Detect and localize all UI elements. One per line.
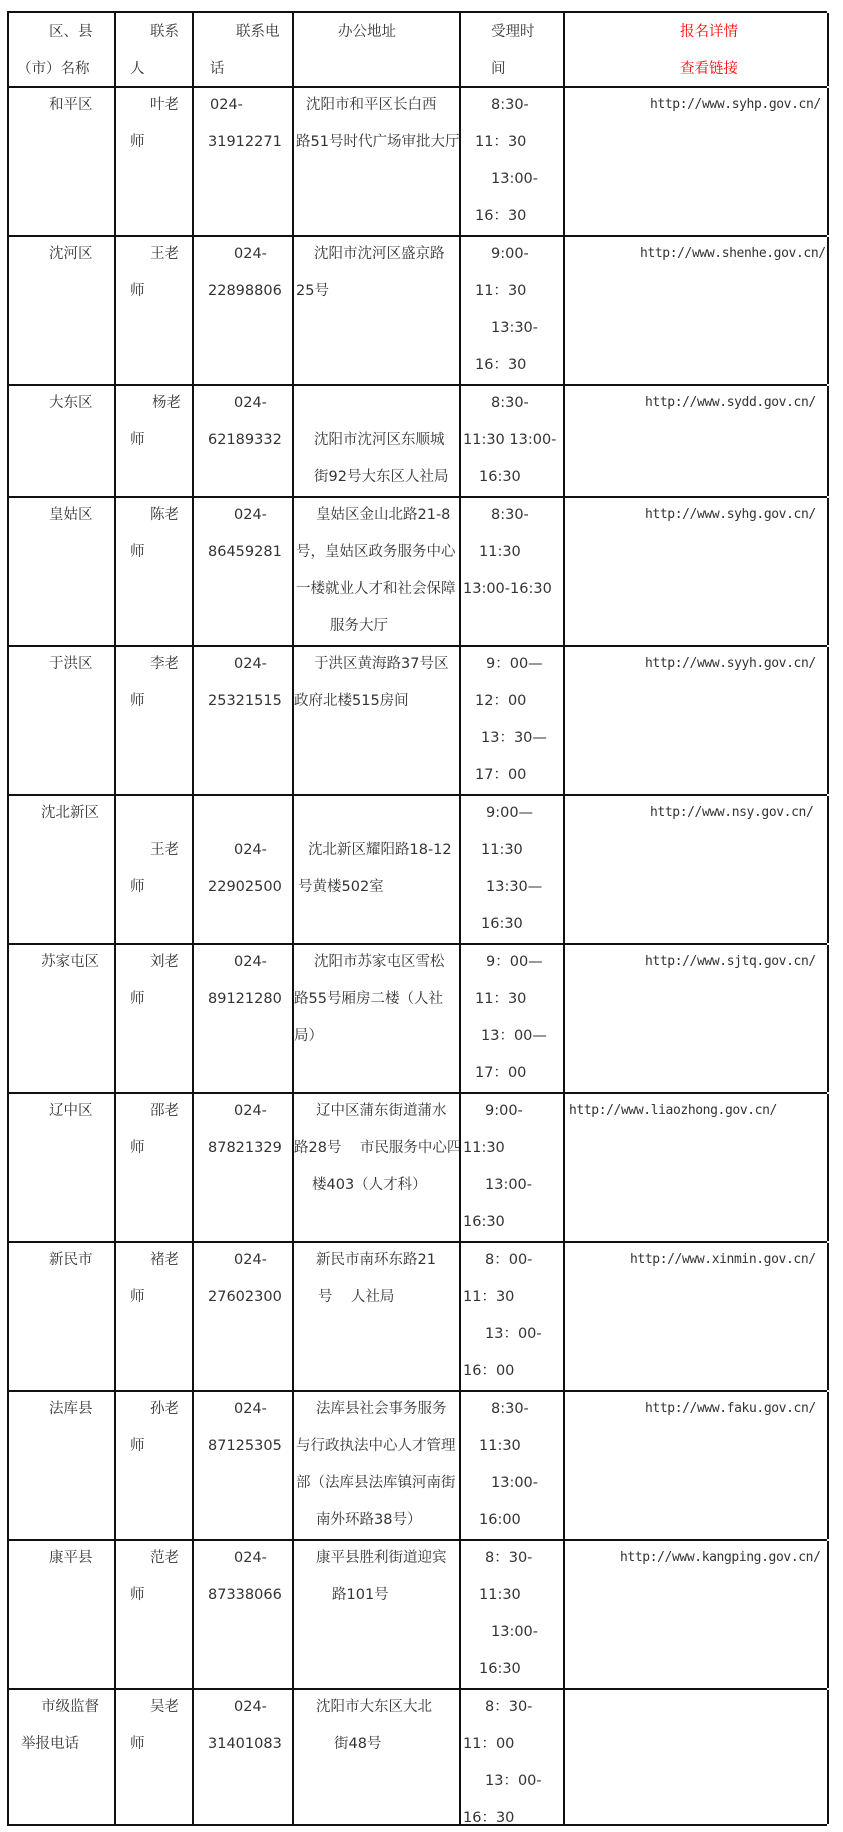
- link-cell: http://www.syyh.gov.cn/: [563, 647, 829, 794]
- hours-text: 9：00—: [486, 655, 543, 673]
- contact-text: 范老: [150, 1549, 179, 1567]
- contact-text: 师: [130, 990, 145, 1008]
- district-cell: 沈北新区: [7, 796, 114, 943]
- address-text: 辽中区蒲东街道蒲水: [316, 1102, 447, 1120]
- contact-text: 师: [130, 1288, 145, 1306]
- hours-text: 16：00: [463, 1362, 514, 1380]
- hours-text: 12：00: [475, 692, 526, 710]
- contact-cell: 刘老师: [114, 945, 192, 1092]
- table-row: 新民市褚老师024-27602300新民市南环东路21号 人社局8：00-11：…: [7, 1241, 827, 1390]
- contact-text: 邵老: [150, 1102, 179, 1120]
- district-cell: 法库县: [7, 1392, 114, 1539]
- district-cell: 市级监督举报电话: [7, 1690, 114, 1824]
- district-text: 康平县: [49, 1549, 93, 1567]
- phone-cell: 024-22902500: [192, 796, 292, 943]
- column-header-district-text: 区、县: [49, 23, 93, 41]
- address-cell: 沈阳市苏家屯区雪松路55号厢房二楼（人社局）: [292, 945, 459, 1092]
- link-cell: http://www.sjtq.gov.cn/: [563, 945, 829, 1092]
- contact-cell: 邵老师: [114, 1094, 192, 1241]
- header-district-cell: 区、县（市）名称: [7, 13, 114, 86]
- district-text: 法库县: [49, 1400, 93, 1418]
- phone-text: 024-: [234, 655, 267, 673]
- header-link-cell: 报名详情查看链接: [563, 13, 829, 86]
- district-text: 于洪区: [49, 655, 93, 673]
- phone-text: 024-: [234, 1102, 267, 1120]
- registration-link[interactable]: http://www.sjtq.gov.cn/: [645, 953, 816, 971]
- column-header-link-text: 报名详情: [680, 23, 738, 41]
- address-text: 沈阳市沈河区盛京路: [314, 245, 445, 263]
- district-cell: 皇姑区: [7, 498, 114, 645]
- phone-text: 024-: [234, 1400, 267, 1418]
- district-text: 苏家屯区: [41, 953, 99, 971]
- header-contact-cell: 联系人: [114, 13, 192, 86]
- address-cell: 于洪区黄海路37号区政府北楼515房间: [292, 647, 459, 794]
- hours-cell: 9:00-11:3013:00-16:30: [459, 1094, 563, 1241]
- registration-link[interactable]: http://www.liaozhong.gov.cn/: [569, 1102, 777, 1120]
- hours-text: 16:30: [479, 468, 521, 486]
- table-row: 辽中区邵老师024-87821329辽中区蒲东街道蒲水路28号 市民服务中心四楼…: [7, 1092, 827, 1241]
- district-cell: 大东区: [7, 386, 114, 496]
- phone-text: 22898806: [208, 282, 282, 300]
- hours-text: 8:30-: [491, 506, 529, 524]
- hours-text: 16:30: [463, 1213, 505, 1231]
- table-row: 法库县孙老师024-87125305法库县社会事务服务与行政执法中心人才管理部（…: [7, 1390, 827, 1539]
- address-cell: 沈阳市沈河区盛京路25号: [292, 237, 459, 384]
- address-text: 新民市南环东路21: [316, 1251, 436, 1269]
- phone-text: 024-: [234, 506, 267, 524]
- phone-cell: 024-22898806: [192, 237, 292, 384]
- address-text: 皇姑区金山北路21-8: [316, 506, 450, 524]
- table-row: 大东区杨老师024-62189332沈阳市沈河区东顺城街92号大东区人社局8:3…: [7, 384, 827, 496]
- contact-text: 陈老: [150, 506, 179, 524]
- hours-text: 13：00—: [481, 1027, 547, 1045]
- link-cell: [563, 1690, 829, 1824]
- district-text: 市级监督: [41, 1698, 99, 1716]
- hours-text: 13：00-: [485, 1772, 542, 1790]
- phone-text: 86459281: [208, 543, 282, 561]
- address-text: 与行政执法中心人才管理: [296, 1437, 456, 1455]
- address-text: 号，皇姑区政务服务中心: [296, 543, 456, 561]
- registration-link[interactable]: http://www.syhp.gov.cn/: [650, 96, 821, 114]
- district-cell: 苏家屯区: [7, 945, 114, 1092]
- contact-cell: 李老师: [114, 647, 192, 794]
- column-header-phone-text: 联系电: [236, 23, 280, 41]
- phone-text: 31912271: [208, 133, 282, 151]
- address-text: 一楼就业人才和社会保障: [296, 580, 456, 598]
- link-cell: http://www.xinmin.gov.cn/: [563, 1243, 829, 1390]
- address-text: 康平县胜利街道迎宾: [316, 1549, 447, 1567]
- contact-text: 吴老: [150, 1698, 179, 1716]
- address-text: 沈阳市沈河区东顺城: [314, 431, 445, 449]
- address-text: 沈阳市大东区大北: [316, 1698, 432, 1716]
- contact-cell: 范老师: [114, 1541, 192, 1688]
- hours-cell: 9:00—11:3013:30—16:30: [459, 796, 563, 943]
- phone-cell: 024-89121280: [192, 945, 292, 1092]
- hours-cell: 8：00-11：3013：00-16：00: [459, 1243, 563, 1390]
- hours-text: 11:30: [479, 543, 521, 561]
- hours-cell: 8：30-11：0013：00-16：30: [459, 1690, 563, 1824]
- hours-text: 17：00: [475, 766, 526, 784]
- phone-cell: 024-31912271: [192, 88, 292, 235]
- table-row: 沈北新区王老师024-22902500沈北新区耀阳路18-12号黄楼502室9:…: [7, 794, 827, 943]
- phone-text: 024-: [234, 953, 267, 971]
- table-row: 于洪区李老师024-25321515于洪区黄海路37号区政府北楼515房间9：0…: [7, 645, 827, 794]
- phone-text: 27602300: [208, 1288, 282, 1306]
- hours-text: 8:30-: [491, 1400, 529, 1418]
- address-cell: 辽中区蒲东街道蒲水路28号 市民服务中心四楼403（人才科）: [292, 1094, 459, 1241]
- header-hours-cell: 受理时间: [459, 13, 563, 86]
- contact-cell: 孙老师: [114, 1392, 192, 1539]
- hours-text: 17：00: [475, 1064, 526, 1082]
- table-row: 皇姑区陈老师024-86459281皇姑区金山北路21-8号，皇姑区政务服务中心…: [7, 496, 827, 645]
- district-text: 新民市: [49, 1251, 93, 1269]
- phone-text: 87821329: [208, 1139, 282, 1157]
- district-cell: 和平区: [7, 88, 114, 235]
- address-text: 号黄楼502室: [298, 878, 384, 896]
- address-text: 街92号大东区人社局: [314, 468, 448, 486]
- hours-text: 13:00-: [491, 1474, 538, 1492]
- phone-cell: 024-86459281: [192, 498, 292, 645]
- hours-text: 9：00—: [486, 953, 543, 971]
- hours-text: 16：30: [475, 356, 526, 374]
- contact-text: 褚老: [150, 1251, 179, 1269]
- address-text: 法库县社会事务服务: [316, 1400, 447, 1418]
- phone-text: 31401083: [208, 1735, 282, 1753]
- link-cell: http://www.liaozhong.gov.cn/: [563, 1094, 829, 1241]
- hours-text: 13：30—: [481, 729, 547, 747]
- hours-text: 11：30: [475, 133, 526, 151]
- phone-cell: 024-87125305: [192, 1392, 292, 1539]
- address-text: 路101号: [332, 1586, 389, 1604]
- hours-text: 11:30: [479, 1437, 521, 1455]
- hours-text: 9:00-: [485, 1102, 523, 1120]
- phone-cell: 024-27602300: [192, 1243, 292, 1390]
- hours-text: 16：30: [475, 207, 526, 225]
- address-text: 路28号 市民服务中心四: [294, 1139, 461, 1157]
- contact-text: 李老: [150, 655, 179, 673]
- contact-text: 师: [130, 692, 145, 710]
- phone-text: 25321515: [208, 692, 282, 710]
- district-text: 大东区: [49, 394, 93, 412]
- hours-text: 11：00: [463, 1735, 514, 1753]
- phone-cell: 024-62189332: [192, 386, 292, 496]
- contact-text: 师: [130, 133, 145, 151]
- address-cell: 沈阳市和平区长白西路51号时代广场审批大厅: [292, 88, 459, 235]
- phone-cell: 024-87821329: [192, 1094, 292, 1241]
- contact-text: 师: [130, 1586, 145, 1604]
- registration-link[interactable]: http://www.sydd.gov.cn/: [645, 394, 816, 412]
- hours-cell: 8:30-11:3013:00-16:00: [459, 1392, 563, 1539]
- contact-cell: 王老师: [114, 237, 192, 384]
- hours-text: 13:00-: [491, 170, 538, 188]
- address-cell: 皇姑区金山北路21-8号，皇姑区政务服务中心一楼就业人才和社会保障服务大厅: [292, 498, 459, 645]
- contact-text: 师: [130, 1437, 145, 1455]
- column-header-hours-text: 受理时: [491, 23, 535, 41]
- address-text: 号 人社局: [318, 1288, 394, 1306]
- phone-text: 024-: [234, 1698, 267, 1716]
- contact-text: 王老: [150, 245, 179, 263]
- link-cell: http://www.faku.gov.cn/: [563, 1392, 829, 1539]
- address-text: 路51号时代广场审批大厅: [296, 133, 459, 151]
- contact-text: 师: [130, 282, 145, 300]
- contact-cell: 陈老师: [114, 498, 192, 645]
- table-row: 市级监督举报电话吴老师024-31401083沈阳市大东区大北街48号8：30-…: [7, 1688, 827, 1826]
- contact-text: 师: [130, 431, 145, 449]
- district-text: 皇姑区: [49, 506, 93, 524]
- hours-text: 13：00-: [485, 1325, 542, 1343]
- phone-cell: 024-31401083: [192, 1690, 292, 1824]
- hours-text: 16:30: [479, 1660, 521, 1678]
- hours-text: 16:00: [479, 1511, 521, 1529]
- table-row: 苏家屯区刘老师024-89121280沈阳市苏家屯区雪松路55号厢房二楼（人社局…: [7, 943, 827, 1092]
- hours-text: 9:00-: [491, 245, 529, 263]
- column-header-district-text: （市）名称: [17, 60, 90, 78]
- contact-text: 师: [130, 1139, 145, 1157]
- link-cell: http://www.syhg.gov.cn/: [563, 498, 829, 645]
- address-cell: 新民市南环东路21号 人社局: [292, 1243, 459, 1390]
- phone-text: 87338066: [208, 1586, 282, 1604]
- hours-text: 11:30: [463, 1139, 505, 1157]
- address-text: 25号: [296, 282, 329, 300]
- registration-link[interactable]: http://www.faku.gov.cn/: [645, 1400, 816, 1418]
- phone-text: 024-: [234, 394, 267, 412]
- hours-text: 16:30: [481, 915, 523, 933]
- phone-text: 024-: [234, 1251, 267, 1269]
- contact-cell: 杨老师: [114, 386, 192, 496]
- link-cell: http://www.nsy.gov.cn/: [563, 796, 829, 943]
- address-cell: 沈阳市大东区大北街48号: [292, 1690, 459, 1824]
- district-cell: 新民市: [7, 1243, 114, 1390]
- hours-text: 13:30-: [491, 319, 538, 337]
- contact-text: 叶老: [150, 96, 179, 114]
- header-row: 区、县（市）名称联系人联系电话办公地址受理时间报名详情查看链接: [7, 11, 827, 86]
- contact-text: 孙老: [150, 1400, 179, 1418]
- contact-cell: 叶老师: [114, 88, 192, 235]
- address-text: 沈北新区耀阳路18-12: [308, 841, 452, 859]
- header-address-cell: 办公地址: [292, 13, 459, 86]
- table-row: 沈河区王老师024-22898806沈阳市沈河区盛京路25号9:00-11：30…: [7, 235, 827, 384]
- link-cell: http://www.syhp.gov.cn/: [563, 88, 829, 235]
- district-text: 沈北新区: [41, 804, 99, 822]
- address-text: 街48号: [334, 1735, 381, 1753]
- hours-text: 8：00-: [485, 1251, 532, 1269]
- phone-text: 62189332: [208, 431, 282, 449]
- district-text: 和平区: [49, 96, 93, 114]
- hours-text: 11：30: [463, 1288, 514, 1306]
- hours-cell: 8：30-11:3013:00-16:30: [459, 1541, 563, 1688]
- address-text: 服务大厅: [330, 617, 388, 635]
- registration-link[interactable]: http://www.shenhe.gov.cn/: [640, 245, 826, 263]
- address-cell: 沈阳市沈河区东顺城街92号大东区人社局: [292, 386, 459, 496]
- contact-text: 杨老: [152, 394, 181, 412]
- registration-link[interactable]: http://www.syyh.gov.cn/: [645, 655, 816, 673]
- column-header-address-text: 办公地址: [338, 23, 396, 41]
- hours-text: 8：30-: [485, 1698, 532, 1716]
- hours-text: 8:30-: [491, 96, 529, 114]
- address-text: 路55号厢房二楼（人社: [294, 990, 443, 1008]
- registration-link[interactable]: http://www.syhg.gov.cn/: [645, 506, 816, 524]
- address-text: 沈阳市苏家屯区雪松: [314, 953, 445, 971]
- column-header-contact-text: 人: [130, 60, 145, 78]
- link-cell: http://www.shenhe.gov.cn/: [563, 237, 829, 384]
- district-cell: 康平县: [7, 1541, 114, 1688]
- hours-text: 11:30: [481, 841, 523, 859]
- hours-text: 16：30: [463, 1809, 514, 1827]
- contact-text: 师: [130, 878, 145, 896]
- contact-cell: 褚老师: [114, 1243, 192, 1390]
- contact-text: 师: [130, 1735, 145, 1753]
- column-header-link-text: 查看链接: [680, 60, 738, 78]
- phone-text: 024-: [234, 1549, 267, 1567]
- hours-cell: 8:30-11:30 13:00-16:30: [459, 386, 563, 496]
- hours-text: 13:00-: [485, 1176, 532, 1194]
- address-text: 局）: [294, 1027, 323, 1045]
- address-text: 楼403（人才科）: [312, 1176, 427, 1194]
- address-text: 部（法库县法库镇河南街: [296, 1474, 456, 1492]
- hours-cell: 9：00—12：0013：30—17：00: [459, 647, 563, 794]
- address-cell: 沈北新区耀阳路18-12号黄楼502室: [292, 796, 459, 943]
- registration-link[interactable]: http://www.xinmin.gov.cn/: [630, 1251, 816, 1269]
- column-header-hours-text: 间: [491, 60, 506, 78]
- district-cell: 辽中区: [7, 1094, 114, 1241]
- hours-cell: 9：00—11：3013：00—17：00: [459, 945, 563, 1092]
- link-cell: http://www.kangping.gov.cn/: [563, 1541, 829, 1688]
- hours-text: 8：30-: [485, 1549, 532, 1567]
- hours-text: 13:00-: [491, 1623, 538, 1641]
- phone-text: 024-: [234, 841, 267, 859]
- hours-cell: 8:30-11：3013:00-16：30: [459, 88, 563, 235]
- address-text: 沈阳市和平区长白西: [306, 96, 437, 114]
- header-phone-cell: 联系电话: [192, 13, 292, 86]
- district-cell: 沈河区: [7, 237, 114, 384]
- phone-text: 87125305: [208, 1437, 282, 1455]
- address-text: 政府北楼515房间: [294, 692, 409, 710]
- district-text: 举报电话: [21, 1735, 79, 1753]
- hours-text: 11：30: [475, 282, 526, 300]
- hours-cell: 9:00-11：3013:30-16：30: [459, 237, 563, 384]
- phone-text: 024-: [210, 96, 243, 114]
- table-row: 康平县范老师024-87338066康平县胜利街道迎宾路101号8：30-11:…: [7, 1539, 827, 1688]
- hours-text: 11:30: [479, 1586, 521, 1604]
- phone-cell: 024-25321515: [192, 647, 292, 794]
- district-cell: 于洪区: [7, 647, 114, 794]
- column-header-phone-text: 话: [210, 60, 225, 78]
- hours-text: 8:30-: [491, 394, 529, 412]
- contact-text: 王老: [150, 841, 179, 859]
- column-header-contact-text: 联系: [150, 23, 179, 41]
- contact-text: 刘老: [150, 953, 179, 971]
- contact-cell: 吴老师: [114, 1690, 192, 1824]
- address-text: 于洪区黄海路37号区: [314, 655, 448, 673]
- district-text: 沈河区: [49, 245, 93, 263]
- contact-cell: 王老师: [114, 796, 192, 943]
- hours-cell: 8:30-11:3013:00-16:30: [459, 498, 563, 645]
- hours-text: 11:30 13:00-: [463, 431, 556, 449]
- table-row: 和平区叶老师024-31912271沈阳市和平区长白西路51号时代广场审批大厅8…: [7, 86, 827, 235]
- hours-text: 13:00-16:30: [463, 580, 552, 598]
- contact-text: 师: [130, 543, 145, 561]
- hours-text: 11：30: [475, 990, 526, 1008]
- address-cell: 法库县社会事务服务与行政执法中心人才管理部（法库县法库镇河南街南外环路38号）: [292, 1392, 459, 1539]
- phone-cell: 024-87338066: [192, 1541, 292, 1688]
- link-cell: http://www.sydd.gov.cn/: [563, 386, 829, 496]
- hours-text: 13:30—: [486, 878, 542, 896]
- registration-link[interactable]: http://www.nsy.gov.cn/: [650, 804, 813, 822]
- hours-text: 9:00—: [486, 804, 533, 822]
- registration-link[interactable]: http://www.kangping.gov.cn/: [620, 1549, 821, 1567]
- phone-text: 22902500: [208, 878, 282, 896]
- district-text: 辽中区: [49, 1102, 93, 1120]
- address-cell: 康平县胜利街道迎宾路101号: [292, 1541, 459, 1688]
- phone-text: 024-: [234, 245, 267, 263]
- address-text: 南外环路38号）: [316, 1511, 421, 1529]
- phone-text: 89121280: [208, 990, 282, 1008]
